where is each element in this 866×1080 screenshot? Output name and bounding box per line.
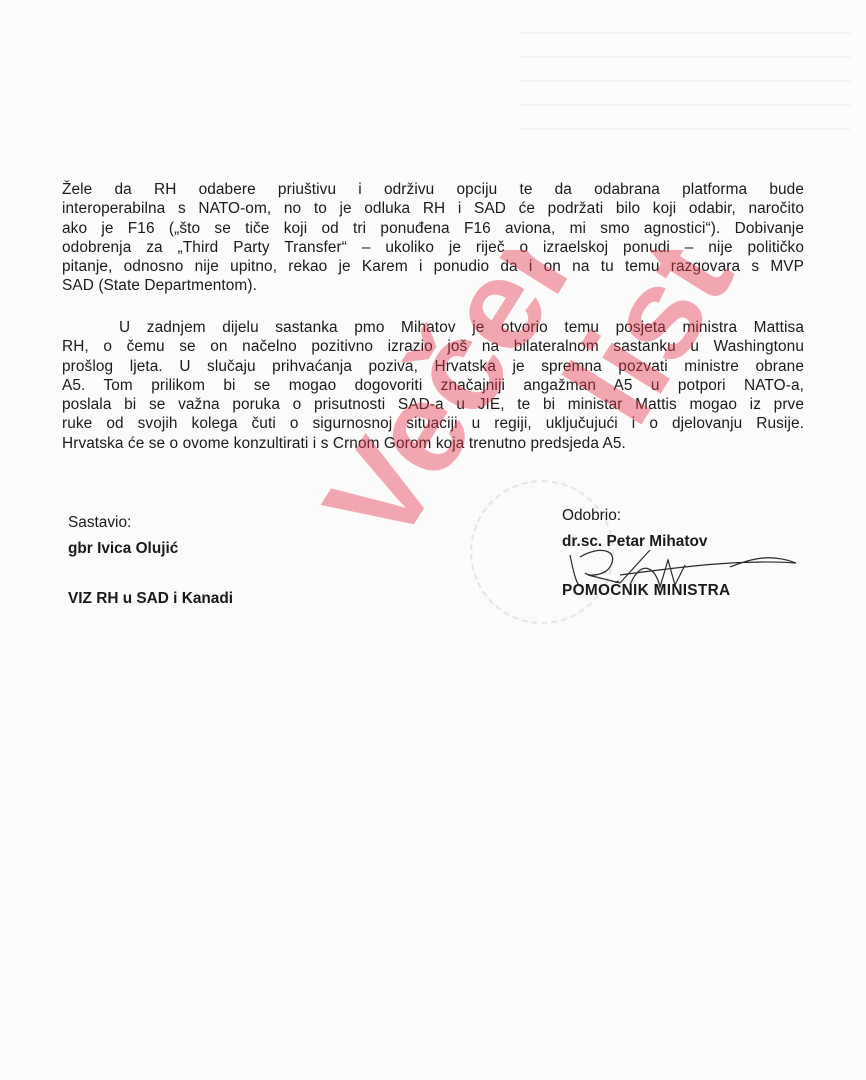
- text-line: prošlog ljeta. U slučaju prihvaćanja poz…: [62, 357, 804, 376]
- approved-by-title: POMOĆNIK MINISTRA: [562, 582, 730, 600]
- paragraph-2: U zadnjem dijelu sastanka pmo Mihatov je…: [62, 318, 804, 453]
- text-line: interoperabilna s NATO-om, no to je odlu…: [62, 199, 804, 218]
- text-line: ruke od svojih kolega čuti o sigurnosnoj…: [62, 414, 804, 433]
- text-line: U zadnjem dijelu sastanka pmo Mihatov je…: [62, 318, 804, 337]
- composed-by-name: gbr Ivica Olujić: [68, 536, 178, 562]
- text-line: RH, o čemu se on načelno pozitivno izraz…: [62, 337, 804, 356]
- text-line: poslala bi se važna poruka o prisutnosti…: [62, 395, 804, 414]
- bleed-through-text: [520, 10, 850, 160]
- composed-by-org: VIZ RH u SAD i Kanadi: [68, 590, 233, 608]
- composed-by-label: Sastavio:: [68, 510, 178, 536]
- paragraph-1: Žele da RH odabere priuštivu i održivu o…: [62, 180, 804, 296]
- text-line: ako je F16 („što se tiče koji od tri pon…: [62, 219, 804, 238]
- text-line: Hrvatska će se o ovome konzultirati i s …: [62, 434, 804, 453]
- text-line: odobrenja za „Third Party Transfer“ – uk…: [62, 238, 804, 257]
- text-line: Žele da RH odabere priuštivu i održivu o…: [62, 180, 804, 199]
- text-line: pitanje, odnosno nije upitno, rekao je K…: [62, 257, 804, 276]
- text-line: A5. Tom prilikom bi se mogao dogovoriti …: [62, 376, 804, 395]
- text-line: SAD (State Departmentom).: [62, 276, 804, 295]
- composer-block: Sastavio: gbr Ivica Olujić: [68, 510, 178, 562]
- approved-by-label: Odobrio:: [562, 503, 707, 529]
- document-page: Žele da RH odabere priuštivu i održivu o…: [0, 0, 866, 1080]
